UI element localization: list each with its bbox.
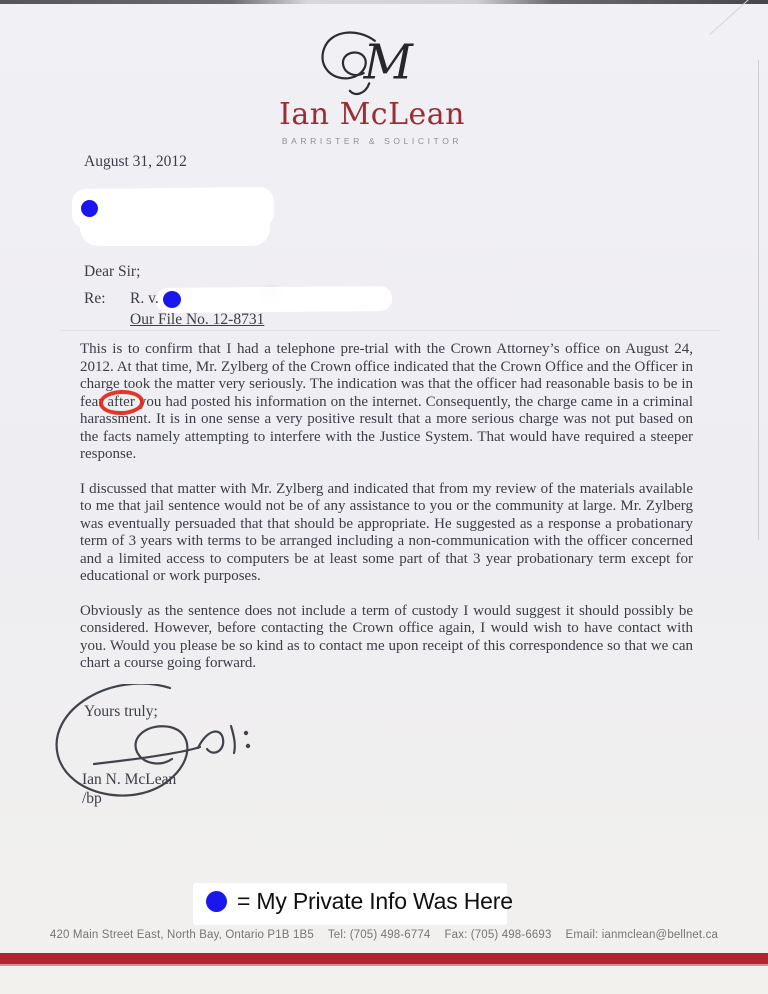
firm-subtitle: BARRISTER & SOLICITOR xyxy=(0,136,756,146)
scanner-right-edge xyxy=(758,60,759,540)
scanned-letter-page: M Ian McLean BARRISTER & SOLICITOR Augus… xyxy=(0,0,768,994)
footer-contact-line: 420 Main Street East, North Bay, Ontario… xyxy=(0,929,768,941)
letter-date: August 31, 2012 xyxy=(84,153,187,171)
circled-word: after xyxy=(107,394,134,410)
redaction-dot xyxy=(163,291,181,308)
footer-fax: Fax: (705) 498-6693 xyxy=(444,929,551,941)
salutation: Dear Sir; xyxy=(84,263,140,281)
whiteout-address-patch xyxy=(80,210,270,246)
paragraph-2: I discussed that matter with Mr. Zylberg… xyxy=(80,481,693,586)
svg-text:M: M xyxy=(363,35,415,91)
whiteout-case-patch xyxy=(156,286,392,313)
footer-email: Email: ianmclean@bellnet.ca xyxy=(566,929,719,941)
paragraph-1: This is to confirm that I had a telephon… xyxy=(80,341,693,464)
redaction-dot xyxy=(81,200,98,217)
footer-address: 420 Main Street East, North Bay, Ontario… xyxy=(50,929,314,941)
redaction-legend: = My Private Info Was Here xyxy=(206,888,513,915)
paragraph-1-text: you had posted his information on the in… xyxy=(80,394,693,463)
paragraph-3: Obviously as the sentence does not inclu… xyxy=(80,603,693,673)
scanner-top-edge xyxy=(0,0,768,4)
re-file-number: Our File No. 12-8731 xyxy=(130,311,264,329)
handwritten-signature xyxy=(50,684,260,809)
firm-name: Ian McLean xyxy=(0,100,756,130)
monogram-m-icon: M xyxy=(0,26,756,98)
paper-crease xyxy=(60,330,720,331)
letterhead: M Ian McLean BARRISTER & SOLICITOR xyxy=(0,26,756,146)
footer-accent-bar xyxy=(0,953,768,966)
circled-word-annotation: after xyxy=(107,394,134,412)
re-case-style: R. v. xyxy=(130,290,159,308)
footer-tel: Tel: (705) 498-6774 xyxy=(328,929,431,941)
legend-redaction-dot xyxy=(206,891,227,912)
re-label: Re: xyxy=(84,290,106,308)
legend-text: = My Private Info Was Here xyxy=(237,888,513,914)
letter-body: This is to confirm that I had a telephon… xyxy=(80,341,693,690)
